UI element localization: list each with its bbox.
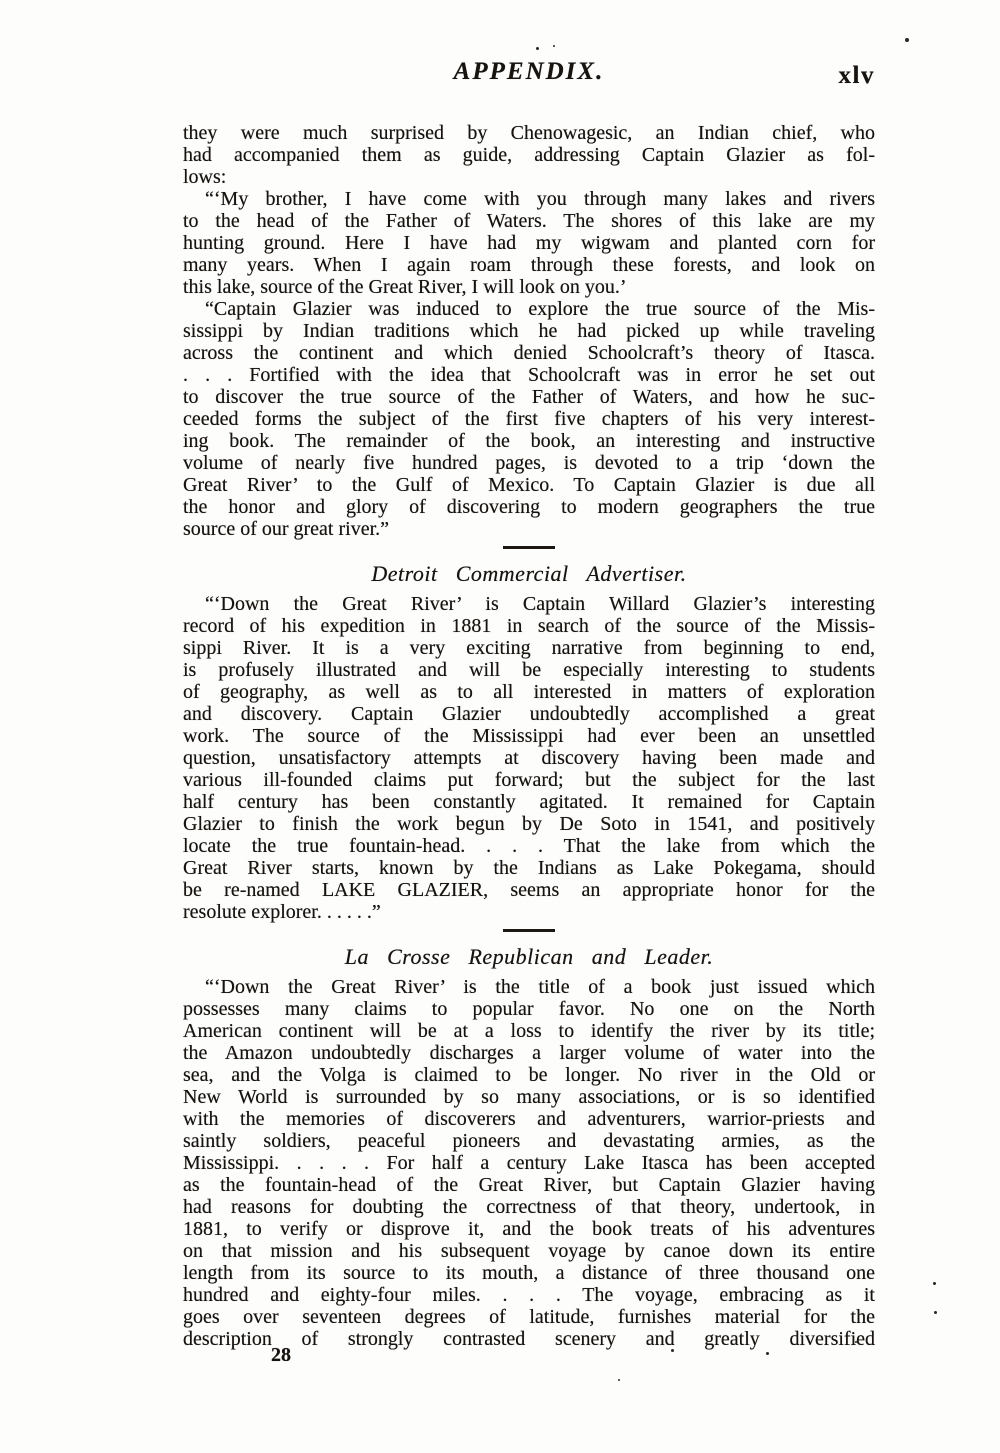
paragraph-line: had accompanied them as guide, addressin…: [183, 144, 875, 166]
running-title: APPENDIX.: [454, 58, 605, 85]
paragraph-line: to the head of the Father of Waters. The…: [183, 210, 875, 232]
paragraph-line: “‘Down the Great River’ is the title of …: [183, 976, 875, 998]
paragraph-line: 1881, to verify or disprove it, and the …: [183, 1218, 875, 1240]
paragraph-line: sippi River. It is a very exciting narra…: [183, 637, 875, 659]
paragraph-line: Glazier to finish the work begun by De S…: [183, 813, 875, 835]
paragraph-line: hundred and eighty-four miles. . . . The…: [183, 1284, 875, 1306]
paragraph-line: half century has been constantly agitate…: [183, 791, 875, 813]
paragraph-line: source of our great river.”: [183, 518, 875, 540]
scan-speck: [905, 38, 909, 42]
paragraph-line: locate the true fountain-head. . . . Tha…: [183, 835, 875, 857]
page-body: they were much surprised by Chenowagesic…: [183, 122, 875, 1350]
paragraph-line: . . . Fortified with the idea that Schoo…: [183, 364, 875, 386]
scan-speck: [855, 1341, 857, 1343]
scan-speck: [618, 1379, 620, 1381]
paragraph-line: work. The source of the Mississippi had …: [183, 725, 875, 747]
paragraph-line: across the continent and which denied Sc…: [183, 342, 875, 364]
paragraph: “‘Down the Great River’ is the title of …: [183, 976, 875, 1350]
paragraph-line: “‘My brother, I have come with you throu…: [183, 188, 875, 210]
paragraph-line: sea, and the Volga is claimed to be long…: [183, 1064, 875, 1086]
review-source-heading: La Crosse Republican and Leader.: [183, 944, 875, 970]
paragraph-line: Great River starts, known by the Indians…: [183, 857, 875, 879]
paragraph-line: sissippi by Indian traditions which he h…: [183, 320, 875, 342]
scan-speck: [536, 47, 539, 50]
paragraph-line: Great River’ to the Gulf of Mexico. To C…: [183, 474, 875, 496]
paragraph: “Captain Glazier was induced to explore …: [183, 298, 875, 540]
paragraph: “‘Down the Great River’ is Captain Willa…: [183, 593, 875, 923]
paragraph-line: many years. When I again roam through th…: [183, 254, 875, 276]
paragraph-line: American continent will be at a loss to …: [183, 1020, 875, 1042]
paragraph-line: is profusely illustrated and will be esp…: [183, 659, 875, 681]
paragraph-line: volume of nearly five hundred pages, is …: [183, 452, 875, 474]
paragraph-line: Mississippi. . . . . For half a century …: [183, 1152, 875, 1174]
paragraph: “‘My brother, I have come with you throu…: [183, 188, 875, 298]
paragraph-line: ceeded forms the subject of the first fi…: [183, 408, 875, 430]
paragraph-line: lows:: [183, 166, 875, 188]
paragraph-line: length from its source to its mouth, a d…: [183, 1262, 875, 1284]
paragraph-line: the Amazon undoubtedly discharges a larg…: [183, 1042, 875, 1064]
paragraph-line: and discovery. Captain Glazier undoubted…: [183, 703, 875, 725]
scan-speck: [671, 1349, 674, 1352]
paragraph-line: as the fountain-head of the Great River,…: [183, 1174, 875, 1196]
paragraph-line: possesses many claims to popular favor. …: [183, 998, 875, 1020]
paragraph-line: hunting ground. Here I have had my wigwa…: [183, 232, 875, 254]
page-header: APPENDIX. xlv: [183, 58, 875, 92]
paragraph-line: New World is surrounded by so many assoc…: [183, 1086, 875, 1108]
paragraph-line: had reasons for doubting the correctness…: [183, 1196, 875, 1218]
paragraph-line: saintly soldiers, peaceful pioneers and …: [183, 1130, 875, 1152]
paragraph-line: various ill-founded claims put forward; …: [183, 769, 875, 791]
paragraph-line: resolute explorer. . . . . .”: [183, 901, 875, 923]
signature-mark: 28: [271, 1344, 291, 1367]
paragraph-line: on that mission and his subsequent voyag…: [183, 1240, 875, 1262]
paragraph-line: record of his expedition in 1881 in sear…: [183, 615, 875, 637]
paragraph-line: be re-named LAKE GLAZIER, seems an appro…: [183, 879, 875, 901]
paragraph-line: question, unsatisfactory attempts at dis…: [183, 747, 875, 769]
review-source-heading: Detroit Commercial Advertiser.: [183, 561, 875, 587]
paragraph-line: “Captain Glazier was induced to explore …: [183, 298, 875, 320]
paragraph-line: of geography, as well as to all interest…: [183, 681, 875, 703]
scan-speck: [766, 1352, 769, 1355]
scan-speck: [933, 1282, 936, 1285]
scan-speck: [553, 45, 555, 47]
paragraph-line: “‘Down the Great River’ is Captain Willa…: [183, 593, 875, 615]
paragraph-line: ing book. The remainder of the book, an …: [183, 430, 875, 452]
paragraph: they were much surprised by Chenowagesic…: [183, 122, 875, 188]
section-divider: [503, 929, 555, 932]
section-divider: [503, 546, 555, 549]
scan-speck: [934, 1311, 937, 1314]
page-number: xlv: [839, 62, 875, 90]
book-page: APPENDIX. xlv they were much surprised b…: [0, 0, 1000, 1453]
paragraph-line: to discover the true source of the Fathe…: [183, 386, 875, 408]
paragraph-line: goes over seventeen degrees of latitude,…: [183, 1306, 875, 1328]
paragraph-line: the honor and glory of discovering to mo…: [183, 496, 875, 518]
paragraph-line: with the memories of discoverers and adv…: [183, 1108, 875, 1130]
paragraph-line: they were much surprised by Chenowagesic…: [183, 122, 875, 144]
paragraph-line: this lake, source of the Great River, I …: [183, 276, 875, 298]
